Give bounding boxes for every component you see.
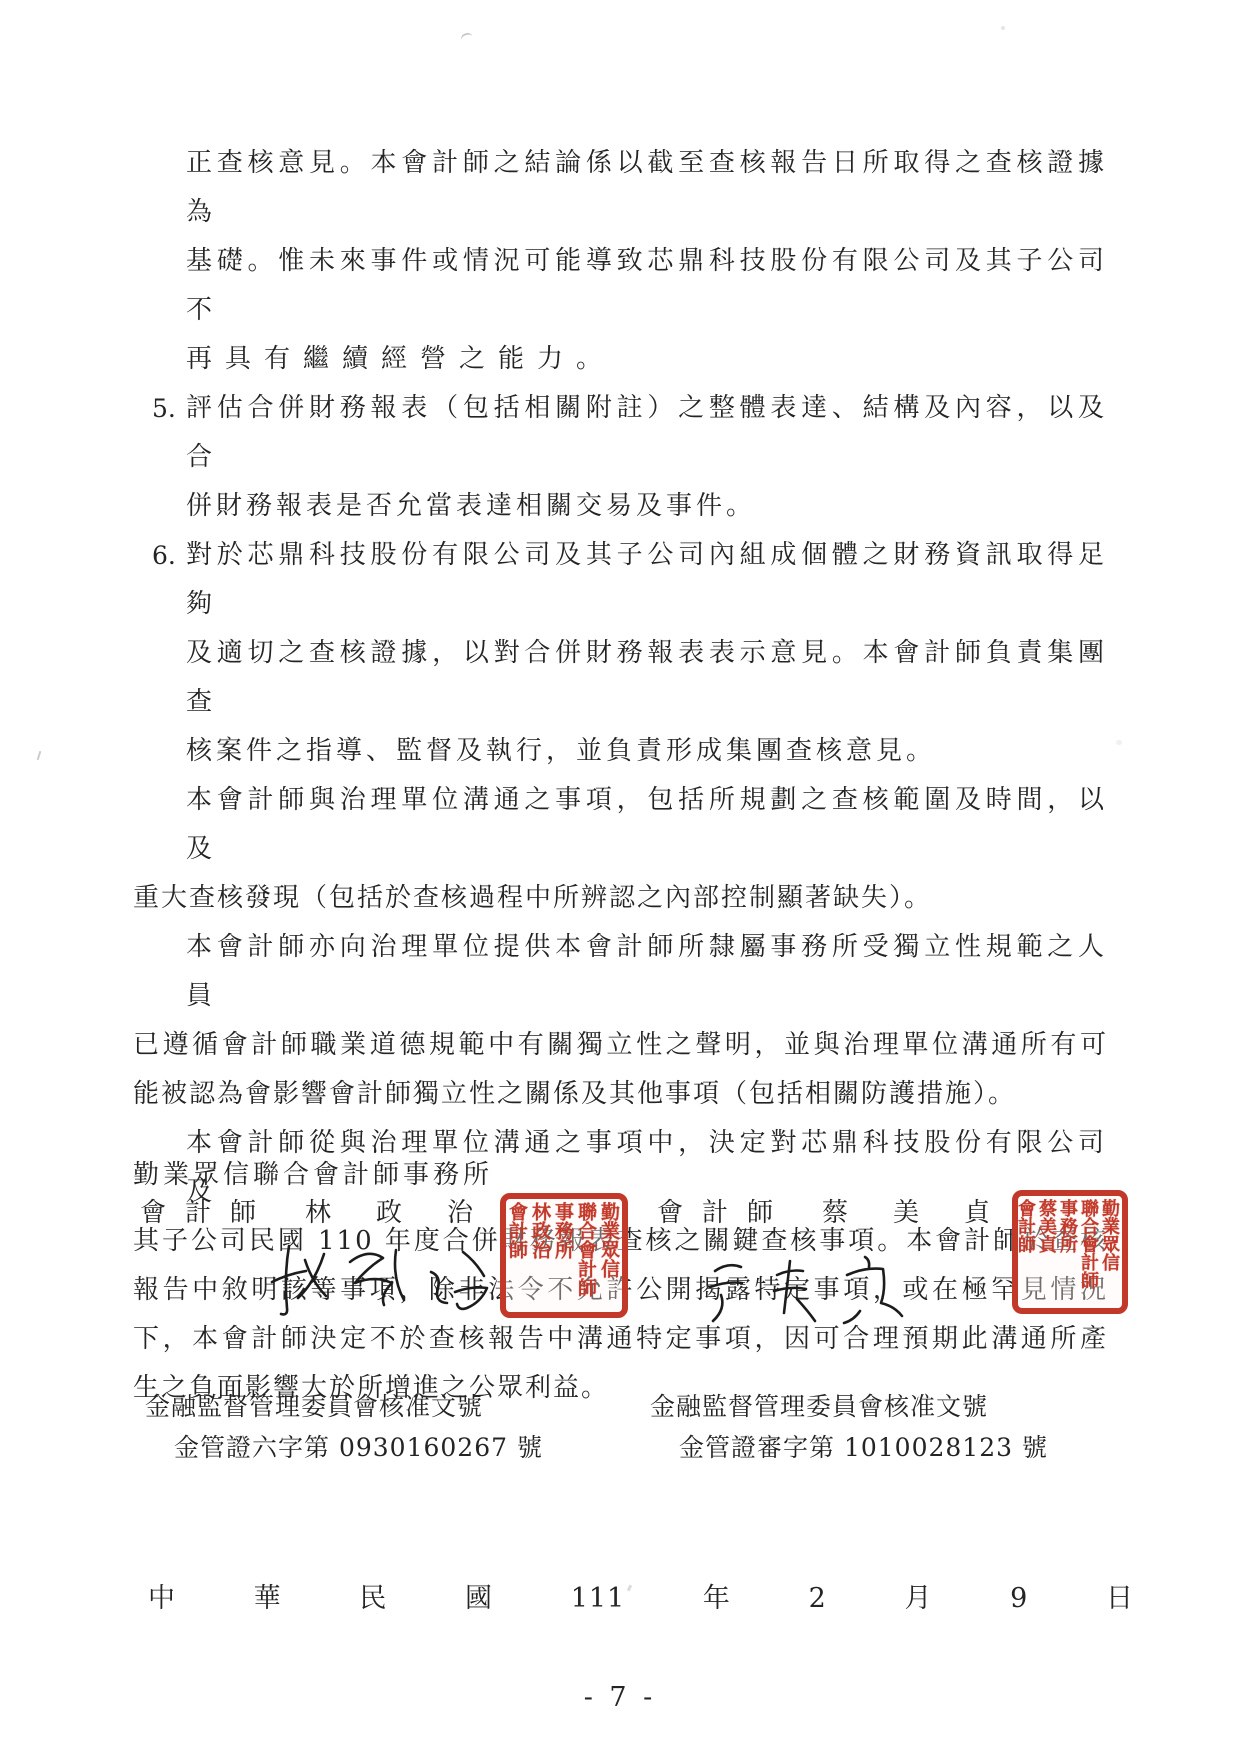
- body-line: 已遵循會計師職業道德規範中有關獨立性之聲明，並與治理單位溝通所有可: [133, 1021, 1108, 1070]
- signature-lin-cheng-chih: [258, 1230, 508, 1325]
- date-segment: 9: [1010, 1583, 1028, 1615]
- firm-name: 勤業眾信聯合會計師事務所: [133, 1154, 493, 1191]
- date-segment: 年: [703, 1583, 731, 1615]
- accountant-name: 蔡美貞: [822, 1198, 1035, 1228]
- body-line-text: 對於芯鼎科技股份有限公司及其子公司內組成個體之財務資訊取得足夠: [186, 540, 1108, 619]
- date-segment: 華: [254, 1583, 282, 1615]
- accountant-title: 會計師: [140, 1198, 275, 1228]
- scan-speck: [1116, 740, 1122, 745]
- seal-column: 事務所: [1057, 1199, 1078, 1305]
- accountant-seal-lin: 勤業眾信聯合會計師事務所林政治會計師: [500, 1193, 628, 1318]
- seal-column: 勤業眾信: [597, 1202, 620, 1309]
- approval-right: 金融監督管理委員會核准文號 金管證審字第 1010028123 號: [650, 1386, 1048, 1468]
- scan-speck: [460, 31, 475, 45]
- scan-speck: [1001, 26, 1005, 30]
- approval-left: 金融監督管理委員會核准文號 金管證六字第 0930160267 號: [145, 1386, 543, 1468]
- seal-text: 勤業眾信聯合會計師事務所蔡美貞會計師: [1020, 1199, 1120, 1305]
- body-line: 本會計師亦向治理單位提供本會計師所隸屬事務所受獨立性規範之人員: [133, 923, 1108, 1021]
- body-line-item-6: 6.對於芯鼎科技股份有限公司及其子公司內組成個體之財務資訊取得足夠: [133, 531, 1108, 629]
- approval-title: 金融監督管理委員會核准文號: [145, 1386, 543, 1427]
- body-line: 併財務報表是否允當表達相關交易及事件。: [133, 482, 1108, 531]
- approval-title: 金融監督管理委員會核准文號: [650, 1386, 1048, 1427]
- body-line: 再具有繼續經營之能力。: [133, 335, 1108, 384]
- seal-column: 會計師: [505, 1202, 528, 1309]
- item-number: 5.: [152, 384, 176, 433]
- body-line: 及適切之查核證據，以對合併財務報表表示意見。本會計師負責集團查: [133, 629, 1108, 727]
- seal-column: 會計師: [1015, 1199, 1036, 1305]
- seal-column: 蔡美貞: [1036, 1199, 1057, 1305]
- audit-report-page: 正查核意見。本會計師之結論係以截至查核報告日所取得之查核證據為 基礎。惟未來事件…: [0, 0, 1240, 1754]
- seal-column: 林政治: [528, 1202, 551, 1309]
- item-number: 6.: [152, 531, 176, 580]
- approval-number: 金管證六字第 0930160267 號: [145, 1427, 543, 1468]
- body-line: 正查核意見。本會計師之結論係以截至查核報告日所取得之查核證據為: [133, 139, 1108, 237]
- date-segment: 民: [359, 1583, 387, 1615]
- scan-speck: [37, 751, 42, 760]
- page-number: - 7 -: [0, 1682, 1240, 1713]
- seal-column: 聯合會計師: [574, 1202, 597, 1309]
- body-line: 核案件之指導、監督及執行，並負責形成集團查核意見。: [133, 727, 1108, 776]
- accountant-row-2: 會計師蔡美貞: [657, 1196, 1035, 1230]
- approval-number: 金管證審字第 1010028123 號: [650, 1427, 1048, 1468]
- seal-column: 事務所: [551, 1202, 574, 1309]
- accountant-row-1: 會計師林政治: [140, 1196, 518, 1230]
- body-line-text: 評估合併財務報表（包括相關附註）之整體表達、結構及內容，以及合: [186, 393, 1108, 472]
- seal-column: 聯合會計師: [1078, 1199, 1099, 1305]
- date-segment: 中: [148, 1583, 176, 1615]
- body-line: 基礎。惟未來事件或情況可能導致芯鼎科技股份有限公司及其子公司不: [133, 237, 1108, 335]
- seal-text: 勤業眾信聯合會計師事務所林政治會計師: [508, 1202, 620, 1309]
- accountant-name: 林政治: [305, 1198, 518, 1228]
- body-line-item-5: 5.評估合併財務報表（包括相關附註）之整體表達、結構及內容，以及合: [133, 384, 1108, 482]
- seal-column: 勤業眾信: [1099, 1199, 1120, 1305]
- date-line: 中華民國111年2月9日: [148, 1583, 1134, 1615]
- accountant-title: 會計師: [657, 1198, 792, 1228]
- date-segment: 國: [465, 1583, 493, 1615]
- body-line: 能被認為會影響會計師獨立性之關係及其他事項（包括相關防護措施）。: [133, 1070, 1108, 1119]
- signature-tsai-mei-chen: [693, 1243, 918, 1333]
- date-segment: 日: [1106, 1583, 1134, 1615]
- date-segment: 月: [904, 1583, 932, 1615]
- body-line: 本會計師與治理單位溝通之事項，包括所規劃之查核範圍及時間，以及: [133, 776, 1108, 874]
- date-segment: 2: [809, 1583, 827, 1615]
- accountant-seal-tsai: 勤業眾信聯合會計師事務所蔡美貞會計師: [1012, 1190, 1128, 1314]
- date-segment: 111: [571, 1583, 626, 1615]
- body-line: 重大查核發現（包括於查核過程中所辨認之內部控制顯著缺失）。: [133, 874, 1108, 923]
